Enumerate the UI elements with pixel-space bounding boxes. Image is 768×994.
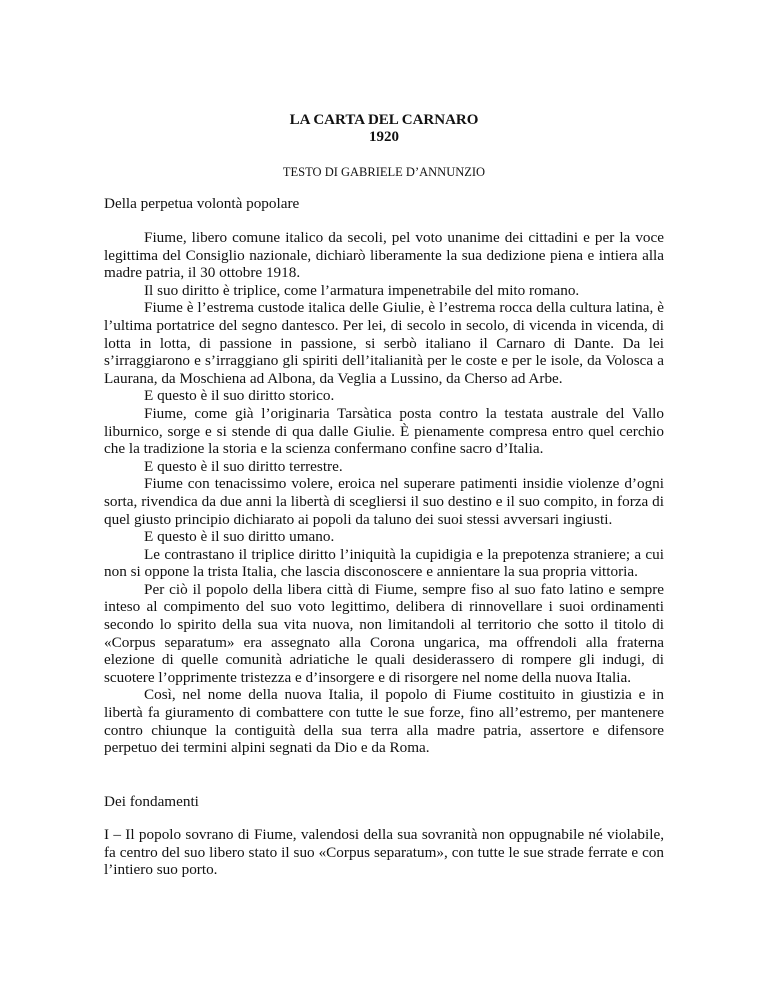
paragraph: Le contrastano il triplice diritto l’ini… bbox=[104, 546, 664, 581]
paragraph: Per ciò il popolo della libera città di … bbox=[104, 581, 664, 687]
paragraph: Il suo diritto è triplice, come l’armatu… bbox=[104, 282, 664, 300]
paragraph: E questo è il suo diritto storico. bbox=[104, 387, 664, 405]
section-heading-fondamenti: Dei fondamenti bbox=[104, 793, 199, 811]
paragraph: Fiume, libero comune italico da secoli, … bbox=[104, 229, 664, 282]
paragraph: Fiume, come già l’originaria Tarsàtica p… bbox=[104, 405, 664, 458]
document-author-line: TESTO DI GABRIELE D’ANNUNZIO bbox=[104, 165, 664, 180]
paragraph: E questo è il suo diritto terrestre. bbox=[104, 458, 664, 476]
paragraph: E questo è il suo diritto umano. bbox=[104, 528, 664, 546]
section-body-fondamenti: I – Il popolo sovrano di Fiume, valendos… bbox=[104, 826, 664, 879]
section-body-volonta-popolare: Fiume, libero comune italico da secoli, … bbox=[104, 229, 664, 757]
paragraph: Fiume è l’estrema custode italica delle … bbox=[104, 299, 664, 387]
paragraph: Fiume con tenacissimo volere, eroica nel… bbox=[104, 475, 664, 528]
paragraph: Così, nel nome della nuova Italia, il po… bbox=[104, 686, 664, 756]
article-paragraph: I – Il popolo sovrano di Fiume, valendos… bbox=[104, 826, 664, 879]
document-title: LA CARTA DEL CARNARO bbox=[104, 112, 664, 129]
document-year: 1920 bbox=[104, 129, 664, 146]
section-heading-volonta-popolare: Della perpetua volontà popolare bbox=[104, 195, 299, 213]
